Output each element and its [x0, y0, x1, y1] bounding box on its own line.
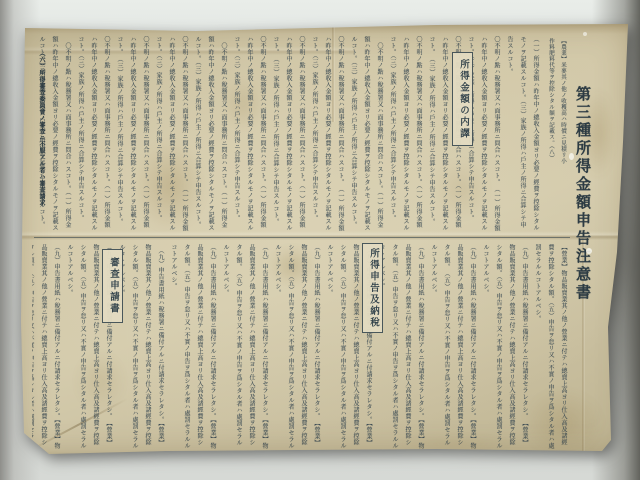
section-box-income-breakdown: 所得金額の内譯: [452, 52, 473, 146]
paper-wrapper: （一）所得金額ハ昨年中ノ總收入金額ヨリ必要ノ經費ヲ控除シタルモノヲ記載スルコト。…: [0, 0, 640, 480]
section-box-declaration-procedure: 所得申告及納稅: [362, 243, 383, 333]
document-title: 第三種所得金額申告注意書: [573, 86, 594, 336]
photo-of-document: { "photo": { "surface_color_light": "#e1…: [0, 0, 640, 480]
document-paper: （一）所得金額ハ昨年中ノ總收入金額ヨリ必要ノ經費ヲ控除シタルモノヲ記載スルコト。…: [16, 22, 630, 456]
printed-text-title-side-note: 【農業】米麥其ノ他ノ收穫高ハ時價ニ見積リ小作料肥料代等ヲ控除シタル額ヲ記載ス。（…: [543, 38, 569, 164]
paper-fleck: [569, 153, 574, 160]
section-divider-rule: [34, 237, 570, 238]
printed-text-left-margin-bold: （六）所得審査委員會ノ審査ニ不服アル者ハ審査請求ヲ爲スコトヲ得。【地代及小作料】…: [35, 50, 48, 210]
paper-fleck: [583, 32, 587, 36]
paper-fleck: [586, 248, 592, 254]
top-edge-toning: [16, 22, 630, 34]
section-box-examination-request: 審査申請書: [102, 249, 123, 323]
